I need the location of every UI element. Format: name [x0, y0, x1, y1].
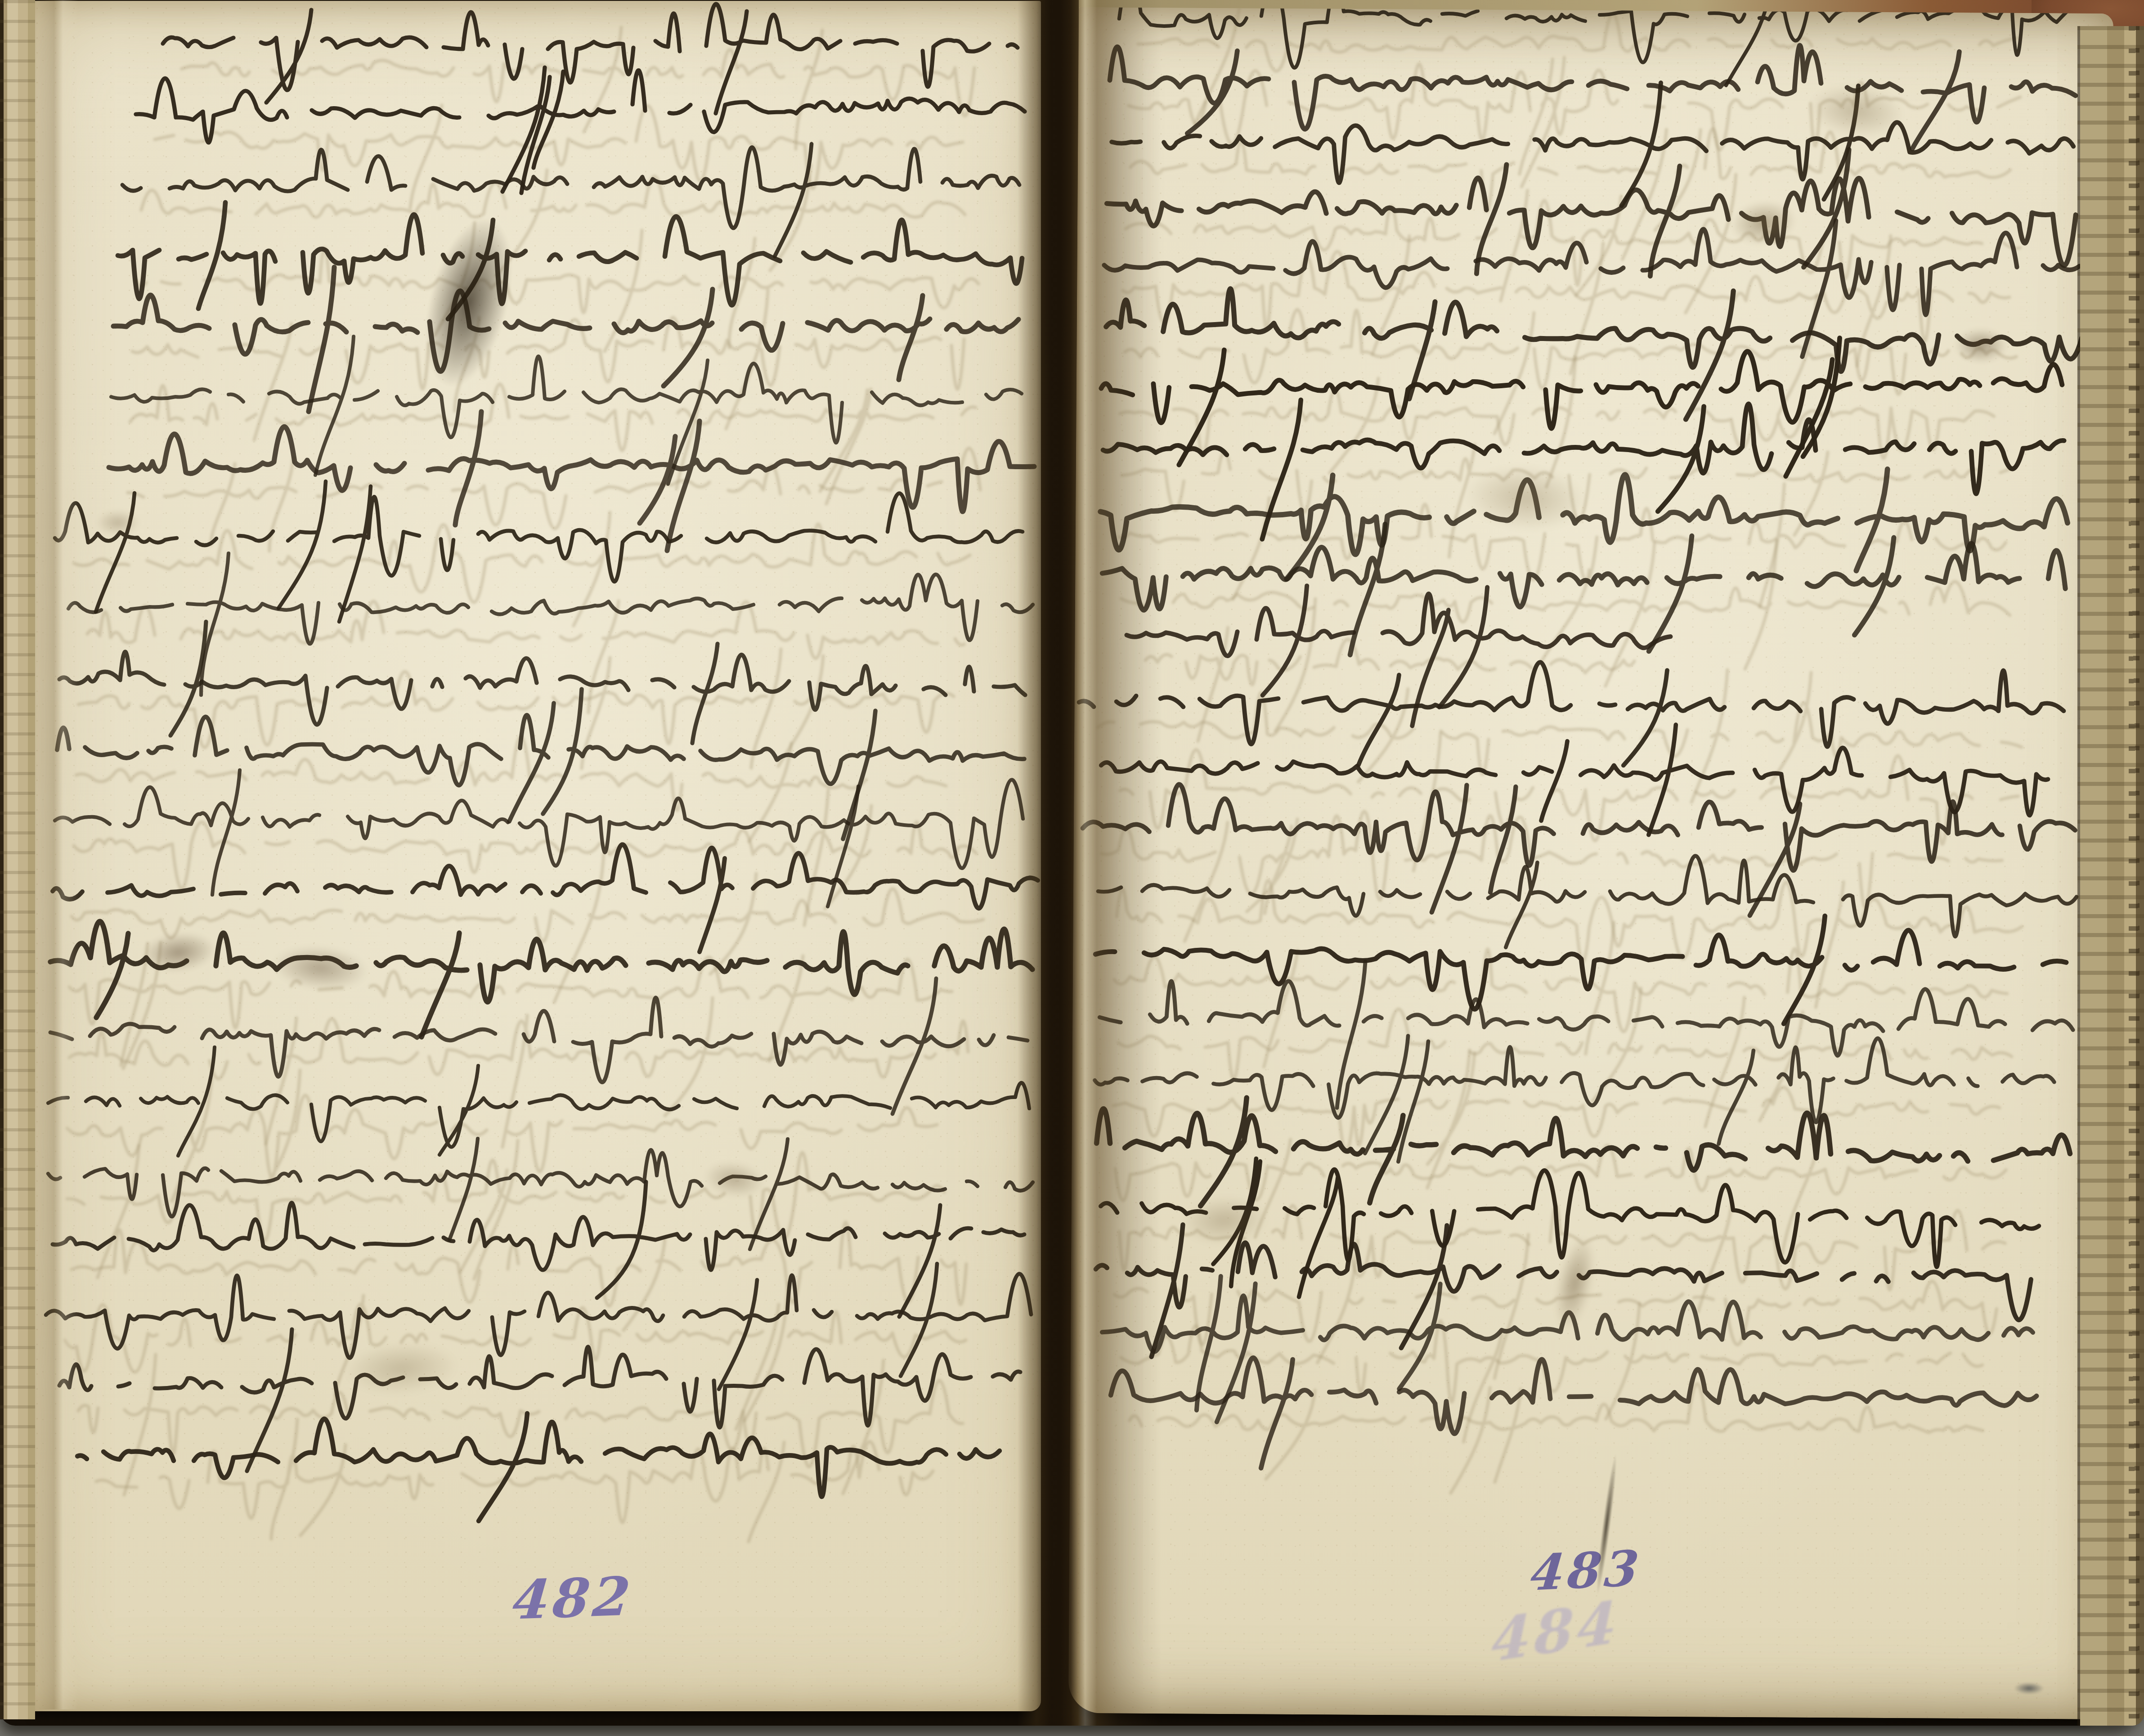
left-page-handwriting-layer [28, 1, 1041, 1711]
manuscript-scan: 482 484 483 [0, 0, 2144, 1736]
right-page: 484 483 [1068, 7, 2113, 1719]
right-page-handwriting-layer [1068, 7, 2113, 1719]
right-page-edge-stack [2077, 26, 2144, 1726]
folio-number-left: 482 [511, 1570, 636, 1627]
folio-number-right: 483 [1529, 1544, 1644, 1598]
left-page-edge-stack [0, 0, 35, 1719]
left-page: 482 [28, 1, 1041, 1711]
